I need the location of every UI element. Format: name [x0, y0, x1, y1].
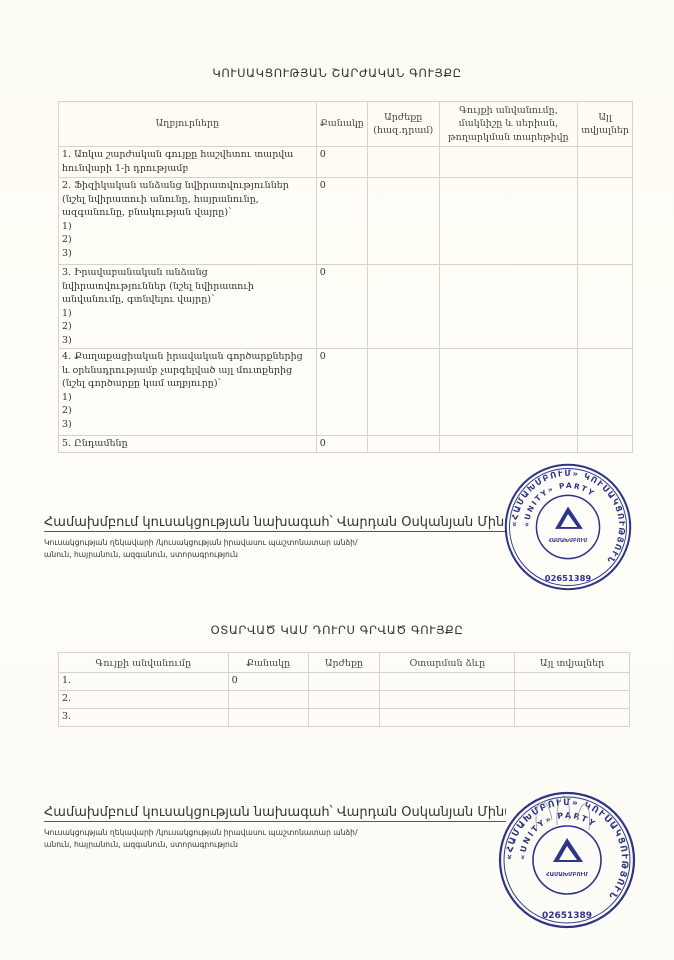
header-quantity: Քանակը [228, 653, 308, 673]
cell-property-name: 2. [59, 691, 229, 709]
cell-other [578, 436, 633, 453]
table-row-total: 5. Ընդամենը 0 [59, 436, 633, 453]
cell-value [308, 709, 380, 727]
table-row: 4. Քաղաքացիական իրավական գործարքներից և … [59, 349, 633, 436]
signature-block: Համախմբում կուսակցության նախագահ՝ Վարդան… [44, 515, 506, 560]
cell-value [367, 349, 439, 436]
table-row: 1. Առկա շարժական գույքը հաշվետու տարվա հ… [59, 147, 633, 178]
cell-quantity: 0 [316, 436, 367, 453]
signatory-fields-caption: անուն, հայրանուն, ազգանուն, ստորագրությո… [44, 549, 506, 560]
cell-quantity: 0 [316, 265, 367, 349]
cell-source: 1. Առկա շարժական գույքը հաշվետու տարվա հ… [59, 147, 317, 178]
svg-text:02651389: 02651389 [542, 911, 592, 921]
table-header-row: Աղբյուրները Քանակը Արժեքը (հազ.դրամ) Գու… [59, 102, 633, 147]
cell-quantity [228, 691, 308, 709]
header-other-data: Այլ տվյալներ [578, 102, 633, 147]
cell-value [367, 178, 439, 265]
header-sources: Աղբյուրները [59, 102, 317, 147]
table-row: 2. Ֆիզիկական անձանց նվիրատվություններ (ն… [59, 178, 633, 265]
header-value: Արժեքը (հազ.դրամ) [367, 102, 439, 147]
signature-block: Համախմբում կուսակցության նախագահ՝ Վարդան… [44, 805, 506, 850]
cell-source: 3. Իրավաբանական անձանց նվիրատվություններ… [59, 265, 317, 349]
cell-property-name [439, 147, 578, 178]
cell-method [380, 691, 515, 709]
cell-value [308, 691, 380, 709]
section2-title: ՕՏԱՐՎԱԾ ԿԱՄ ԴՈՒՐՍ ԳՐՎԱԾ ԳՈՒՅՔԸ [0, 623, 674, 637]
cell-value [308, 673, 380, 691]
header-value: Արժեքը [308, 653, 380, 673]
section1-title: ԿՈՒՍԱԿՑՈՒԹՅԱՆ ՇԱՐԺԱԿԱՆ ԳՈՒՅՔԸ [0, 66, 674, 80]
cell-value [367, 265, 439, 349]
svg-text:ՀԱՄԱԽՄԲՈՒՄ: ՀԱՄԱԽՄԲՈՒՄ [546, 872, 589, 878]
header-property-name: Գույքի անվանումը [59, 653, 229, 673]
cell-other [578, 147, 633, 178]
alienated-property-table: Գույքի անվանումը Քանակը Արժեքը Օտարման ձ… [58, 652, 630, 727]
party-stamp-icon: «ՀԱՄԱԽՄԲՈՒՄ» ԿՈՒՍԱԿՑՈՒԹՅՈՒՆ «UNITY» PART… [503, 462, 633, 592]
cell-method [380, 709, 515, 727]
cell-other [515, 691, 630, 709]
cell-property-name [439, 349, 578, 436]
svg-text:02651389: 02651389 [545, 573, 592, 583]
cell-quantity: 0 [316, 178, 367, 265]
cell-quantity: 0 [228, 673, 308, 691]
table-header-row: Գույքի անվանումը Քանակը Արժեքը Օտարման ձ… [59, 653, 630, 673]
signatory-role-caption: Կուսակցության ղեկավարի /կուսակցության իր… [44, 537, 506, 548]
cell-value [367, 147, 439, 178]
cell-other [515, 673, 630, 691]
cell-source: 5. Ընդամենը [59, 436, 317, 453]
cell-quantity: 0 [316, 349, 367, 436]
cell-quantity [228, 709, 308, 727]
cell-other [578, 349, 633, 436]
header-other-data: Այլ տվյալներ [515, 653, 630, 673]
cell-quantity: 0 [316, 147, 367, 178]
header-alienation-method: Օտարման ձևը [380, 653, 515, 673]
signatory-role-caption: Կուսակցության ղեկավարի /կուսակցության իր… [44, 827, 506, 838]
cell-other [578, 265, 633, 349]
cell-source: 2. Ֆիզիկական անձանց նվիրատվություններ (ն… [59, 178, 317, 265]
table-row: 1. 0 [59, 673, 630, 691]
header-quantity: Քանակը [316, 102, 367, 147]
header-property-name: Գույքի անվանումը, մակնիշը և սերիան, թողա… [439, 102, 578, 147]
cell-property-name: 1. [59, 673, 229, 691]
cell-value [367, 436, 439, 453]
cell-property-name: 3. [59, 709, 229, 727]
signatory-fields-caption: անուն, հայրանուն, ազգանուն, ստորագրությո… [44, 839, 506, 850]
svg-text:ՀԱՄԱԽՄԲՈՒՄ: ՀԱՄԱԽՄԲՈՒՄ [549, 538, 588, 544]
cell-method [380, 673, 515, 691]
table-row: 3. [59, 709, 630, 727]
cell-property-name [439, 265, 578, 349]
cell-other [515, 709, 630, 727]
signatory-name: Համախմբում կուսակցության նախագահ՝ Վարդան… [44, 805, 506, 822]
signatory-name: Համախմբում կուսակցության նախագահ՝ Վարդան… [44, 515, 506, 532]
cell-property-name [439, 178, 578, 265]
cell-property-name [439, 436, 578, 453]
document-page: ԿՈՒՍԱԿՑՈՒԹՅԱՆ ՇԱՐԺԱԿԱՆ ԳՈՒՅՔԸ Աղբյուրներ… [0, 0, 674, 960]
table-row: 3. Իրավաբանական անձանց նվիրատվություններ… [59, 265, 633, 349]
movable-property-table: Աղբյուրները Քանակը Արժեքը (հազ.դրամ) Գու… [58, 101, 633, 453]
cell-other [578, 178, 633, 265]
cell-source: 4. Քաղաքացիական իրավական գործարքներից և … [59, 349, 317, 436]
party-stamp-icon: «ՀԱՄԱԽՄԲՈՒՄ» ԿՈՒՍԱԿՑՈՒԹՅՈՒՆ «UNITY» PART… [497, 790, 637, 930]
table-row: 2. [59, 691, 630, 709]
